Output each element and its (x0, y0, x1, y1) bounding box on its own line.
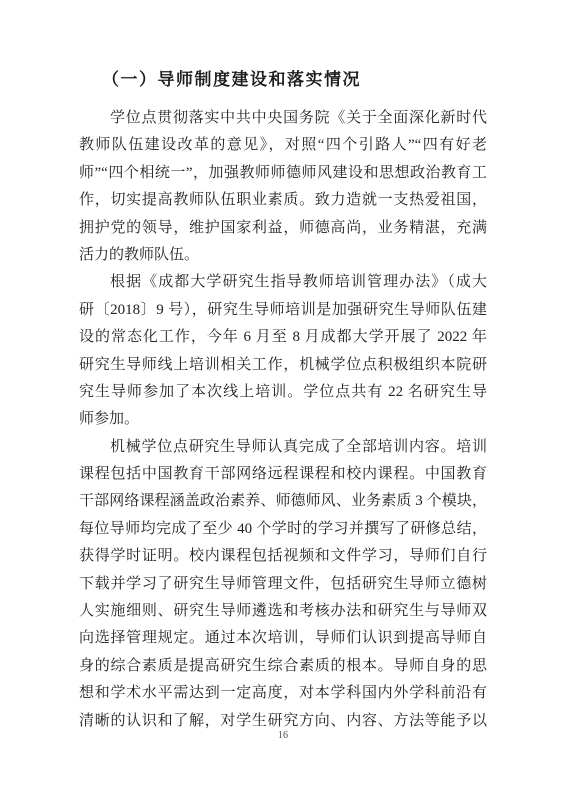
document-page: （一）导师制度建设和落实情况 学位点贯彻落实中共中央国务院《关于全面深化新时代教… (0, 0, 566, 800)
text-line: 作，切实提高教师队伍职业素质。致力造就一支热爱祖国， (79, 187, 487, 214)
text-line: 研〔2018〕9 号），研究生导师培训是加强研究生导师队伍建 (79, 297, 487, 324)
text-line: 设的常态化工作，今年 6 月至 8 月成都大学开展了 2022 年 (79, 324, 487, 351)
paragraph: 学位点贯彻落实中共中央国务院《关于全面深化新时代教师队伍建设改革的意见》，对照“… (79, 105, 487, 269)
paragraph: 根据《成都大学研究生指导教师培训管理办法》（成大研〔2018〕9 号），研究生导… (79, 269, 487, 433)
text-line: 向选择管理规定。通过本次培训，导师们认识到提高导师自 (79, 625, 487, 652)
text-line: 机械学位点研究生导师认真完成了全部培训内容。培训 (79, 434, 487, 461)
text-line: 根据《成都大学研究生指导教师培训管理办法》（成大 (79, 269, 487, 296)
text-line: 学位点贯彻落实中共中央国务院《关于全面深化新时代 (79, 105, 487, 132)
text-line: 课程包括中国教育干部网络远程课程和校内课程。中国教育 (79, 461, 487, 488)
paragraph: 机械学位点研究生导师认真完成了全部培训内容。培训课程包括中国教育干部网络远程课程… (79, 434, 487, 735)
section-heading: （一）导师制度建设和落实情况 (79, 66, 487, 94)
text-line: 师参加。 (79, 406, 487, 433)
text-line: 教师队伍建设改革的意见》，对照“四个引路人”“四有好老 (79, 132, 487, 159)
document-content: （一）导师制度建设和落实情况 学位点贯彻落实中共中央国务院《关于全面深化新时代教… (79, 66, 487, 735)
text-line: 获得学时证明。校内课程包括视频和文件学习，导师们自行 (79, 543, 487, 570)
text-line: 每位导师均完成了至少 40 个学时的学习并撰写了研修总结， (79, 516, 487, 543)
text-line: 下载并学习了研究生导师管理文件，包括研究生导师立德树 (79, 571, 487, 598)
text-line: 研究生导师线上培训相关工作，机械学位点积极组织本院研 (79, 352, 487, 379)
paragraph-list: 学位点贯彻落实中共中央国务院《关于全面深化新时代教师队伍建设改革的意见》，对照“… (79, 105, 487, 735)
text-line: 干部网络课程涵盖政治素养、师德师风、业务素质 3 个模块， (79, 488, 487, 515)
text-line: 人实施细则、研究生导师遴选和考核办法和研究生与导师双 (79, 598, 487, 625)
page-number: 16 (79, 730, 487, 742)
text-line: 活力的教师队伍。 (79, 242, 487, 269)
text-line: 究生导师参加了本次线上培训。学位点共有 22 名研究生导 (79, 379, 487, 406)
text-line: 身的综合素质是提高研究生综合素质的根本。导师自身的思 (79, 653, 487, 680)
text-line: 拥护党的领导，维护国家利益，师德高尚，业务精湛，充满 (79, 215, 487, 242)
text-line: 想和学术水平需达到一定高度，对本学科国内外学科前沿有 (79, 680, 487, 707)
text-line: 师”“四个相统一”，加强教师师德师风建设和思想政治教育工 (79, 160, 487, 187)
